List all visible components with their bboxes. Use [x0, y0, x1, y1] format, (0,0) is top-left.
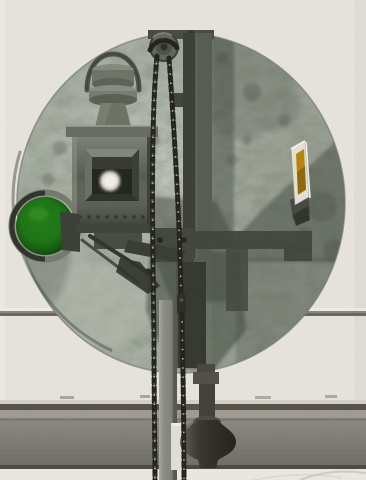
photo-canvas	[0, 0, 366, 480]
photo-grain	[0, 0, 366, 480]
photograph	[0, 0, 366, 480]
